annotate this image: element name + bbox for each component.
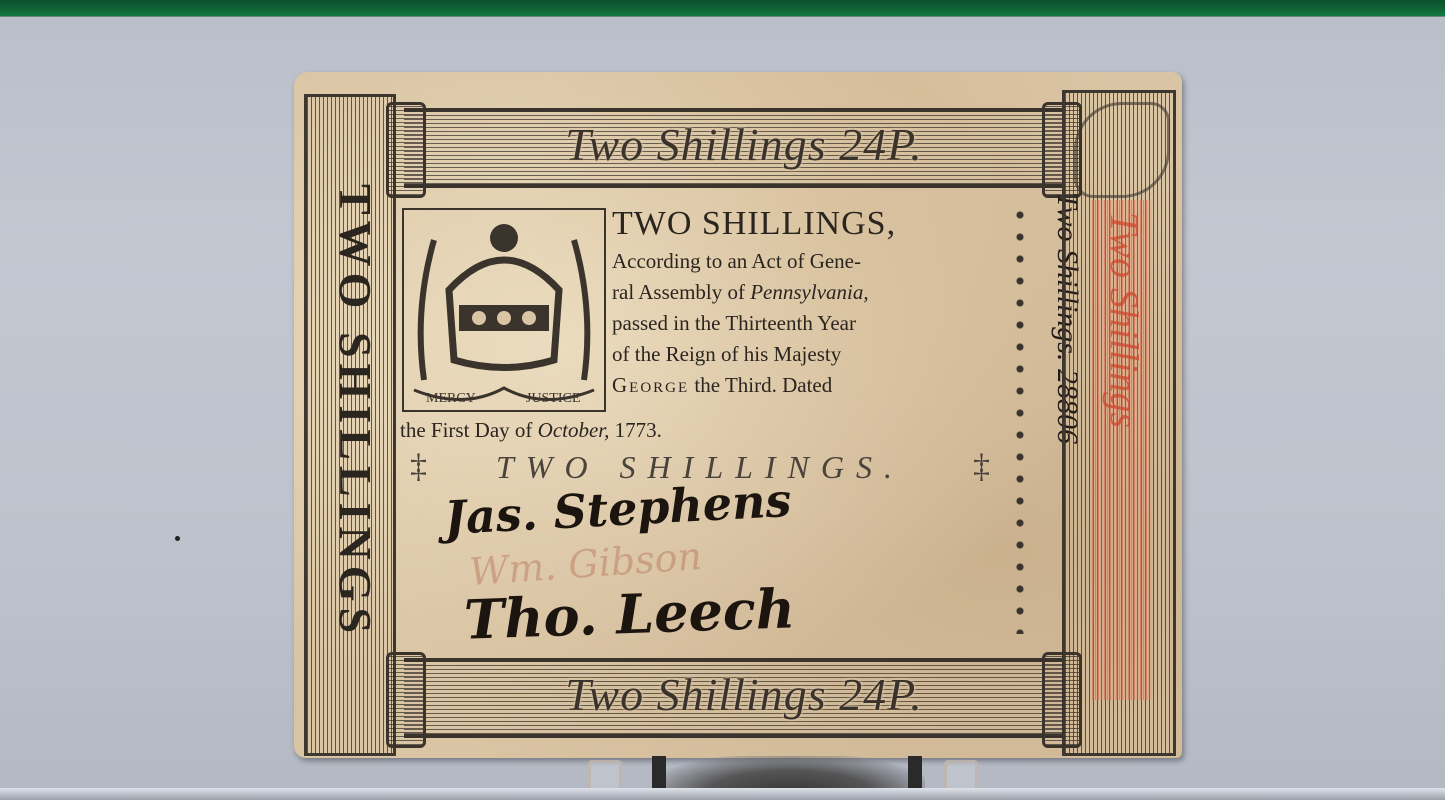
signature-leech: Tho. Leech bbox=[463, 576, 796, 652]
date-line: the First Day of October, 1773. bbox=[400, 418, 662, 443]
banner-cap-right bbox=[1042, 652, 1082, 748]
svg-text:MERCY: MERCY bbox=[426, 391, 476, 406]
act-line-5: George the Third. Dated bbox=[612, 370, 1012, 401]
stand-post bbox=[652, 756, 666, 790]
red-strip-text: Two Shillings bbox=[1098, 212, 1148, 692]
act-line-2: ral Assembly of Pennsylvania, bbox=[612, 277, 1012, 308]
dagger-icon: ‡ bbox=[973, 448, 990, 486]
top-banner: Two Shillings 24P. bbox=[404, 108, 1064, 188]
dagger-icon: ‡ bbox=[410, 448, 427, 486]
banner-cap-left bbox=[386, 102, 426, 198]
stand-post bbox=[908, 756, 922, 790]
display-case-rail bbox=[0, 0, 1445, 17]
banner-cap-left bbox=[386, 652, 426, 748]
bottom-banner: Two Shillings 24P. bbox=[404, 658, 1064, 738]
coat-of-arms-icon: MERCY JUSTICE bbox=[404, 210, 604, 410]
top-banner-text: Two Shillings 24P. bbox=[464, 118, 1024, 171]
dust-speck bbox=[175, 536, 180, 541]
left-border-text: TWO SHILLINGS bbox=[312, 102, 382, 722]
act-line-4: of the Reign of his Majesty bbox=[612, 339, 1012, 370]
scroll-ornament bbox=[1074, 102, 1170, 198]
act-text: TWO SHILLINGS, According to an Act of Ge… bbox=[612, 202, 1012, 401]
act-line-3: passed in the Thirteenth Year bbox=[612, 308, 1012, 339]
display-stand bbox=[0, 788, 1445, 800]
bottom-banner-text: Two Shillings 24P. bbox=[464, 668, 1024, 721]
headline: TWO SHILLINGS, bbox=[612, 202, 1012, 246]
coat-of-arms: MERCY JUSTICE bbox=[402, 208, 606, 412]
act-line-1: According to an Act of Gene- bbox=[612, 246, 1012, 277]
banknote: TWO SHILLINGS Two Shillings 24P. MERCY J… bbox=[294, 72, 1182, 758]
svg-text:JUSTICE: JUSTICE bbox=[526, 391, 580, 406]
